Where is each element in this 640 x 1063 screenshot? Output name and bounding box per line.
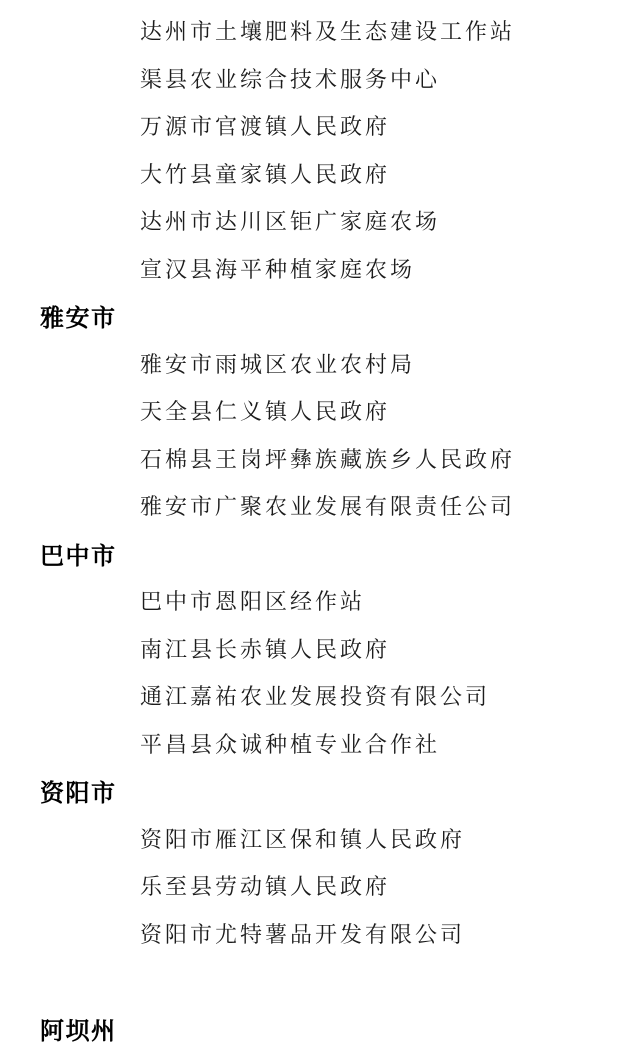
section-heading-yaan: 雅安市	[0, 292, 640, 340]
org-list-item: 雅安市广聚农业发展有限责任公司	[0, 482, 640, 530]
org-list-item: 资阳市尤特薯品开发有限公司	[0, 910, 640, 958]
org-list-item: 南江县长赤镇人民政府	[0, 625, 640, 673]
org-list-item: 巴中市恩阳区经作站	[0, 577, 640, 625]
org-list-item: 资阳市雁江区保和镇人民政府	[0, 815, 640, 863]
org-list-item: 雅安市雨城区农业农村局	[0, 340, 640, 388]
org-list-item: 达州市土壤肥料及生态建设工作站	[0, 7, 640, 55]
blank-line	[0, 957, 640, 1005]
org-list-item: 石棉县王岗坪彝族藏族乡人民政府	[0, 435, 640, 483]
org-list-item: 宣汉县海平种植家庭农场	[0, 245, 640, 293]
org-list-item: 渠县农业综合技术服务中心	[0, 55, 640, 103]
org-list-item: 乐至县劳动镇人民政府	[0, 862, 640, 910]
org-list-item: 大竹县童家镇人民政府	[0, 150, 640, 198]
org-list-item: 天全县仁义镇人民政府	[0, 387, 640, 435]
org-list-item: 万源市官渡镇人民政府	[0, 102, 640, 150]
org-list-item: 平昌县众诚种植专业合作社	[0, 720, 640, 768]
section-heading-aba: 阿坝州	[0, 1005, 640, 1053]
section-heading-bazhong: 巴中市	[0, 530, 640, 578]
document-page: 达州市土壤肥料及生态建设工作站 渠县农业综合技术服务中心 万源市官渡镇人民政府 …	[0, 0, 640, 1063]
org-list-item: 通江嘉祐农业发展投资有限公司	[0, 672, 640, 720]
section-heading-ziyang: 资阳市	[0, 767, 640, 815]
org-list-item: 达州市达川区钜广家庭农场	[0, 197, 640, 245]
